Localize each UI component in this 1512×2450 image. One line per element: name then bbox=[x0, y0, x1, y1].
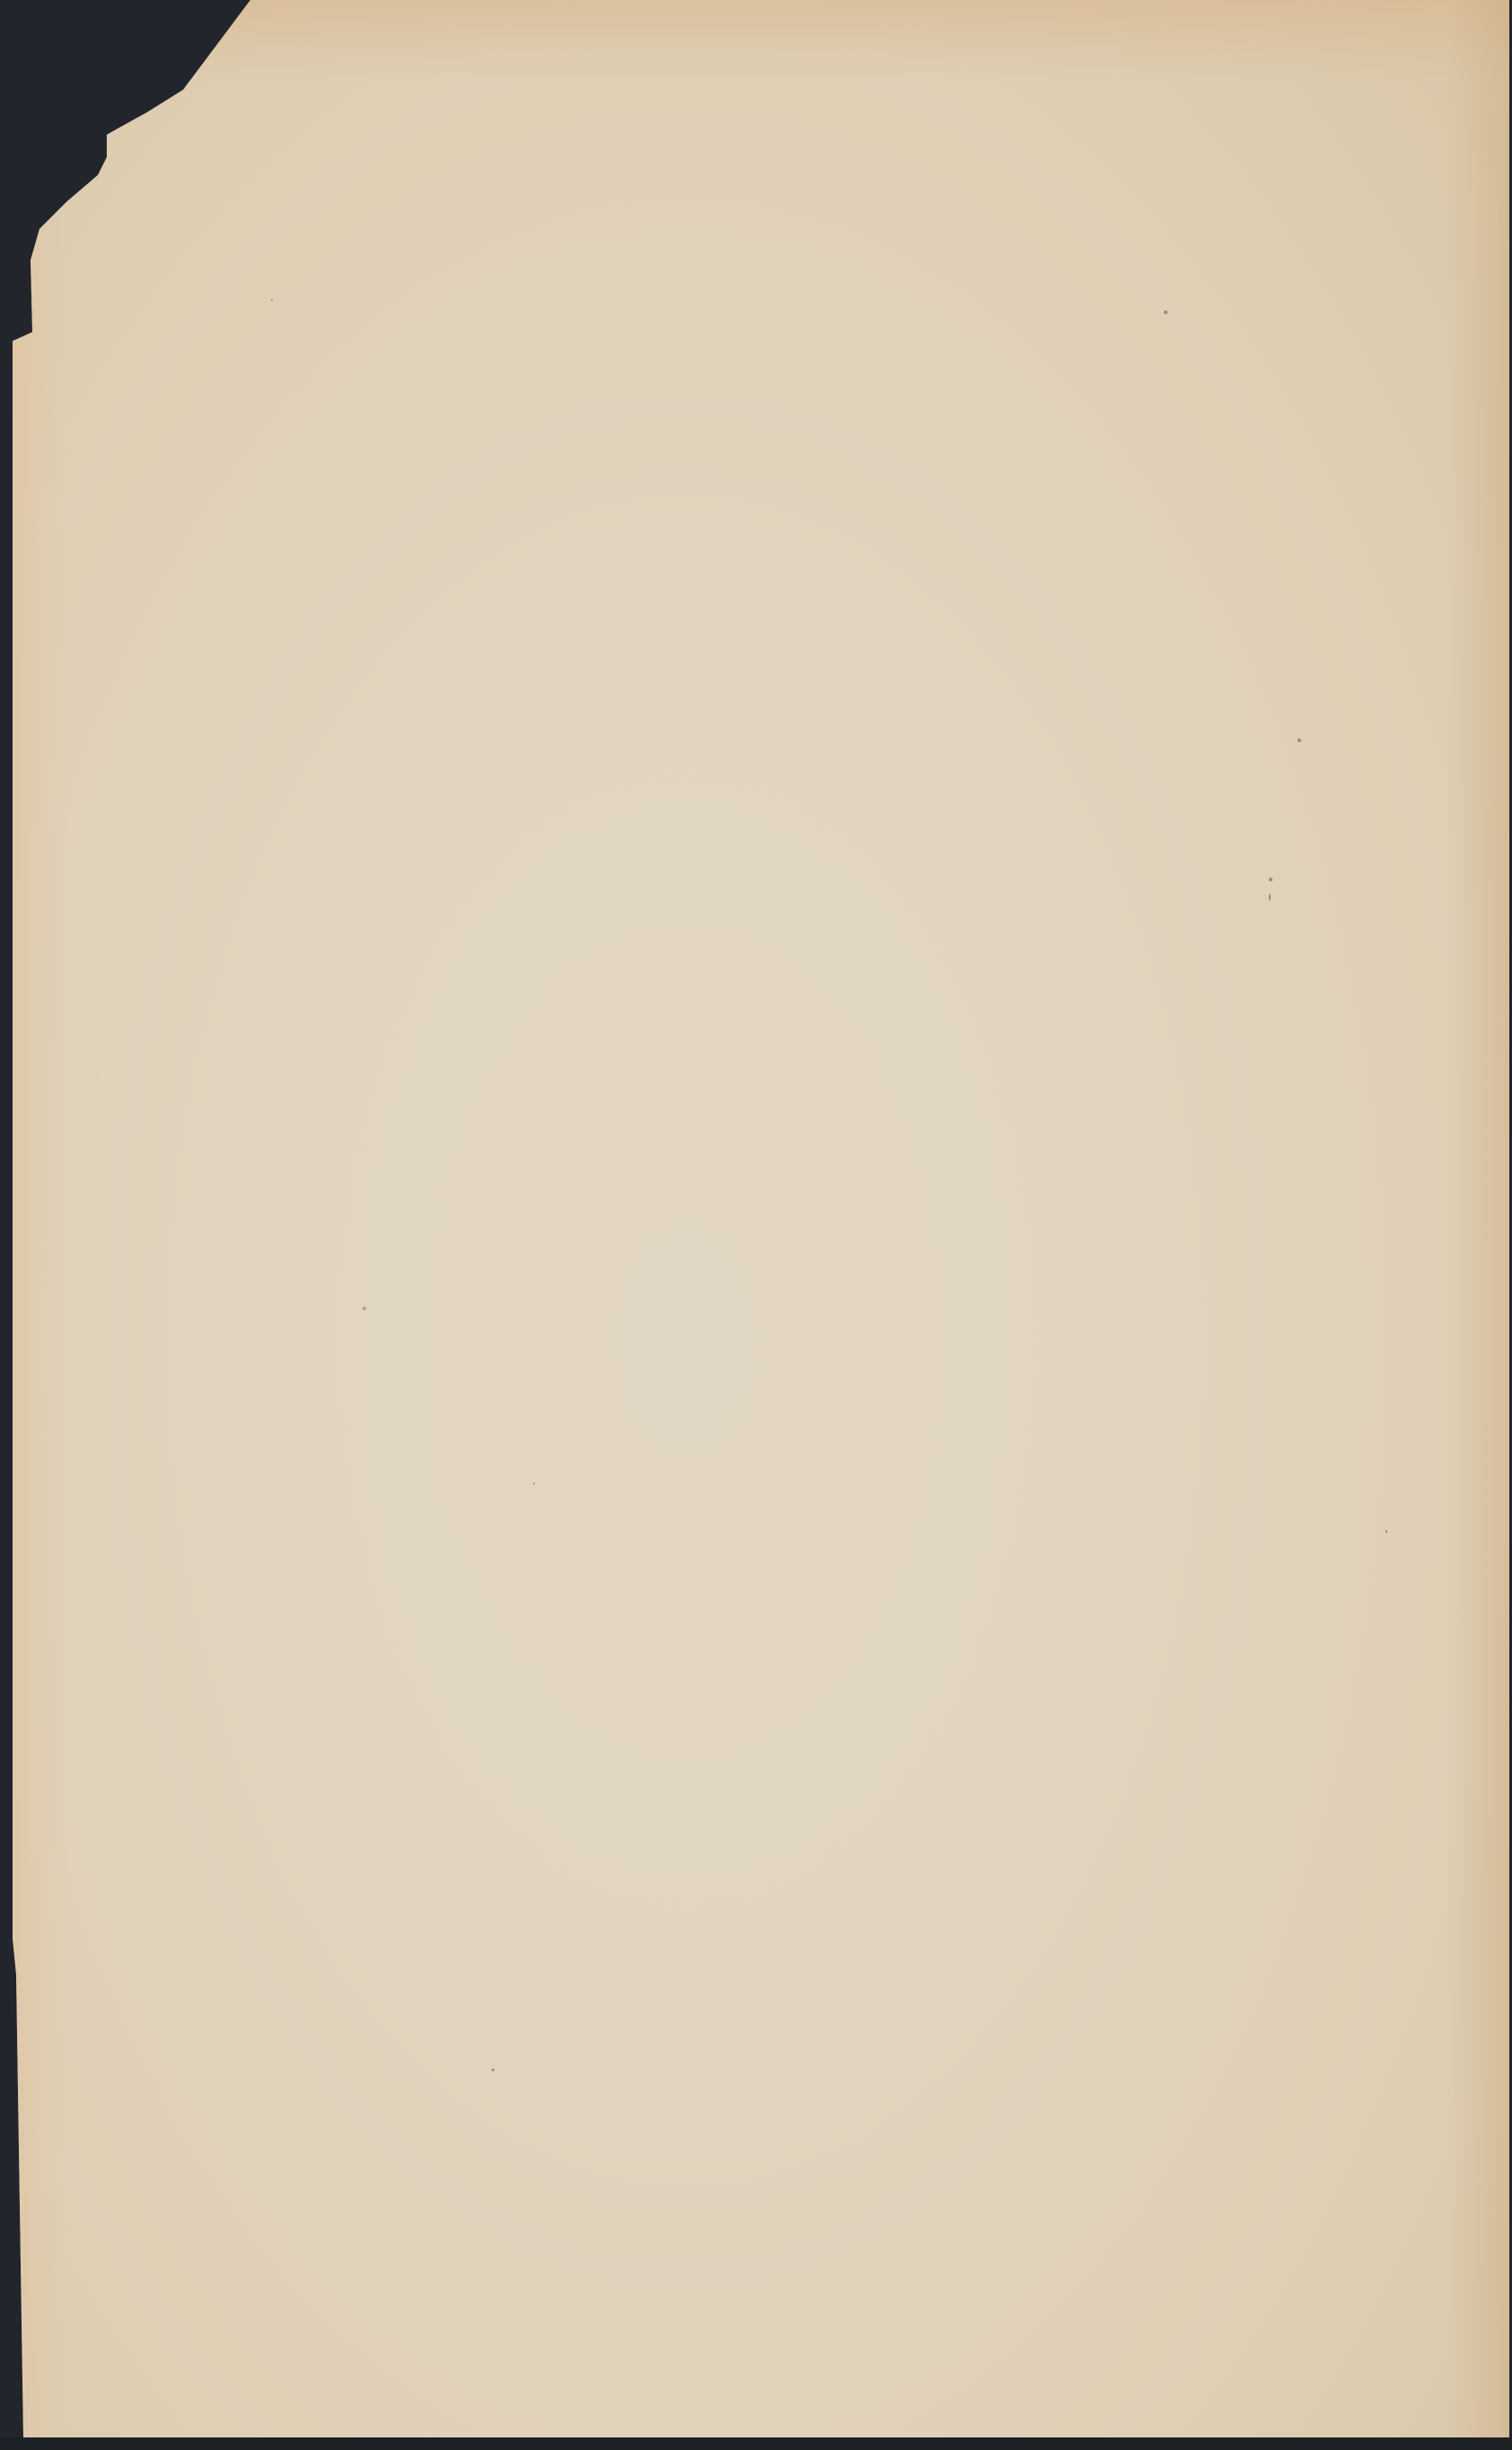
foxing-speck bbox=[1269, 878, 1272, 881]
page-left-edge-tint bbox=[13, 0, 66, 2437]
scan-bottom-edge bbox=[0, 2437, 1512, 2450]
foxing-speck bbox=[1164, 311, 1167, 314]
foxing-speck bbox=[363, 1307, 366, 1310]
foxing-speck bbox=[533, 1483, 535, 1484]
blank-paper-page bbox=[13, 0, 1509, 2437]
foxing-speck bbox=[271, 299, 273, 301]
scan-background bbox=[0, 0, 1512, 2450]
foxing-speck bbox=[1269, 894, 1271, 901]
foxing-speck bbox=[492, 2069, 494, 2071]
foxing-speck bbox=[1385, 1530, 1387, 1533]
page-top-edge-tint bbox=[13, 0, 1509, 81]
foxing-speck bbox=[1298, 739, 1301, 742]
page-right-edge-tint bbox=[1446, 0, 1509, 2437]
